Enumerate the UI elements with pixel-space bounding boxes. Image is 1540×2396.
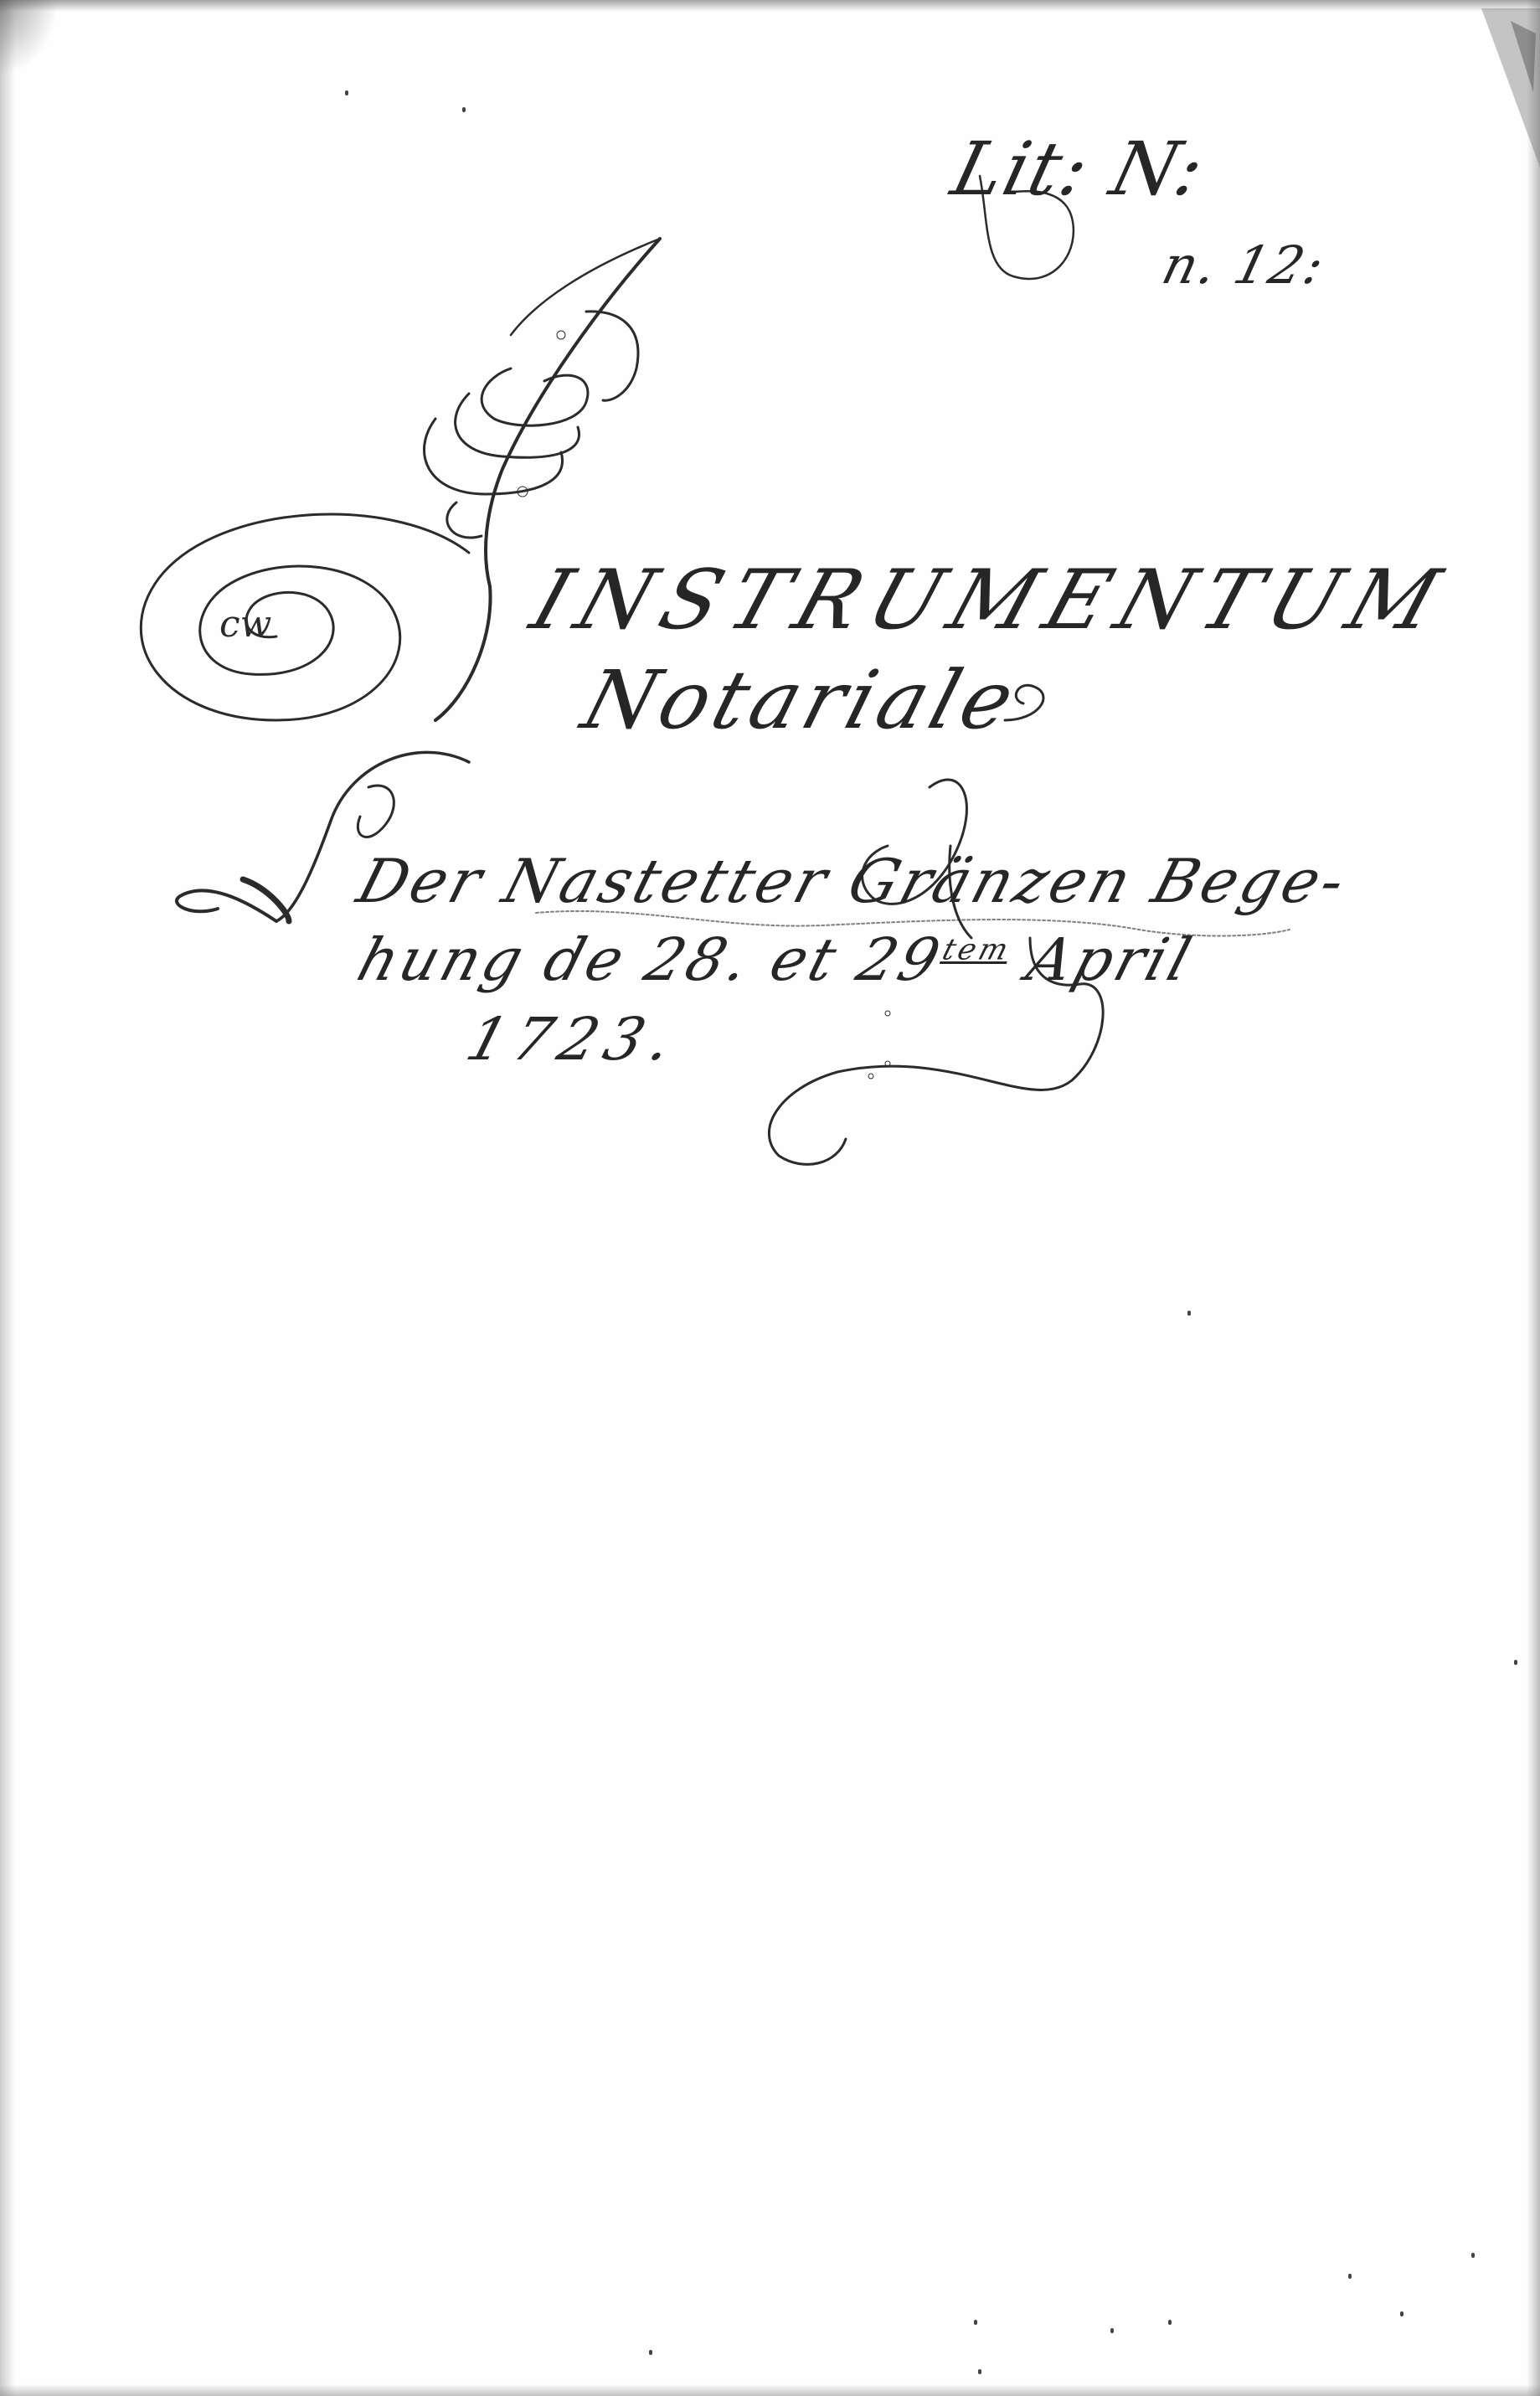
description-line-2: hung de 28. et 29tem April [350, 925, 1202, 994]
ink-speck [974, 2320, 977, 2325]
date-superscript: tem [939, 934, 1015, 967]
ink-speck [649, 2350, 652, 2355]
ink-speck [1348, 2274, 1352, 2279]
document-subtitle: Notariale [573, 653, 1029, 747]
ink-speck [1110, 2328, 1114, 2333]
description-line-1: Der Nastetter Gränzen Bege- [350, 846, 1357, 916]
ink-speck [1471, 2253, 1475, 2258]
document-title: INSTRUMENTUM [520, 553, 1461, 648]
description-line-2-text: hung de 28. et 29 [350, 925, 950, 994]
calligraphic-flourishes: cw [0, 0, 1540, 2396]
flourish-left-spiral: cw [141, 514, 469, 720]
reference-lit-label: Lit: N: [944, 126, 1214, 212]
manuscript-page: cw Lit: N: n. 12: INSTRUMEN [0, 0, 1540, 2396]
ink-speck [978, 2369, 981, 2374]
ink-speck [1187, 1311, 1191, 1316]
ink-speck [462, 107, 466, 112]
date-year: 1723. [459, 1005, 688, 1074]
reference-number-label: n. 12: [1156, 234, 1331, 296]
ink-speck [1514, 1660, 1517, 1665]
ink-speck [345, 90, 348, 95]
svg-text:cw: cw [219, 603, 271, 646]
date-month: April [1020, 925, 1202, 994]
ink-speck [1400, 2311, 1404, 2316]
ink-speck [1168, 2320, 1172, 2325]
